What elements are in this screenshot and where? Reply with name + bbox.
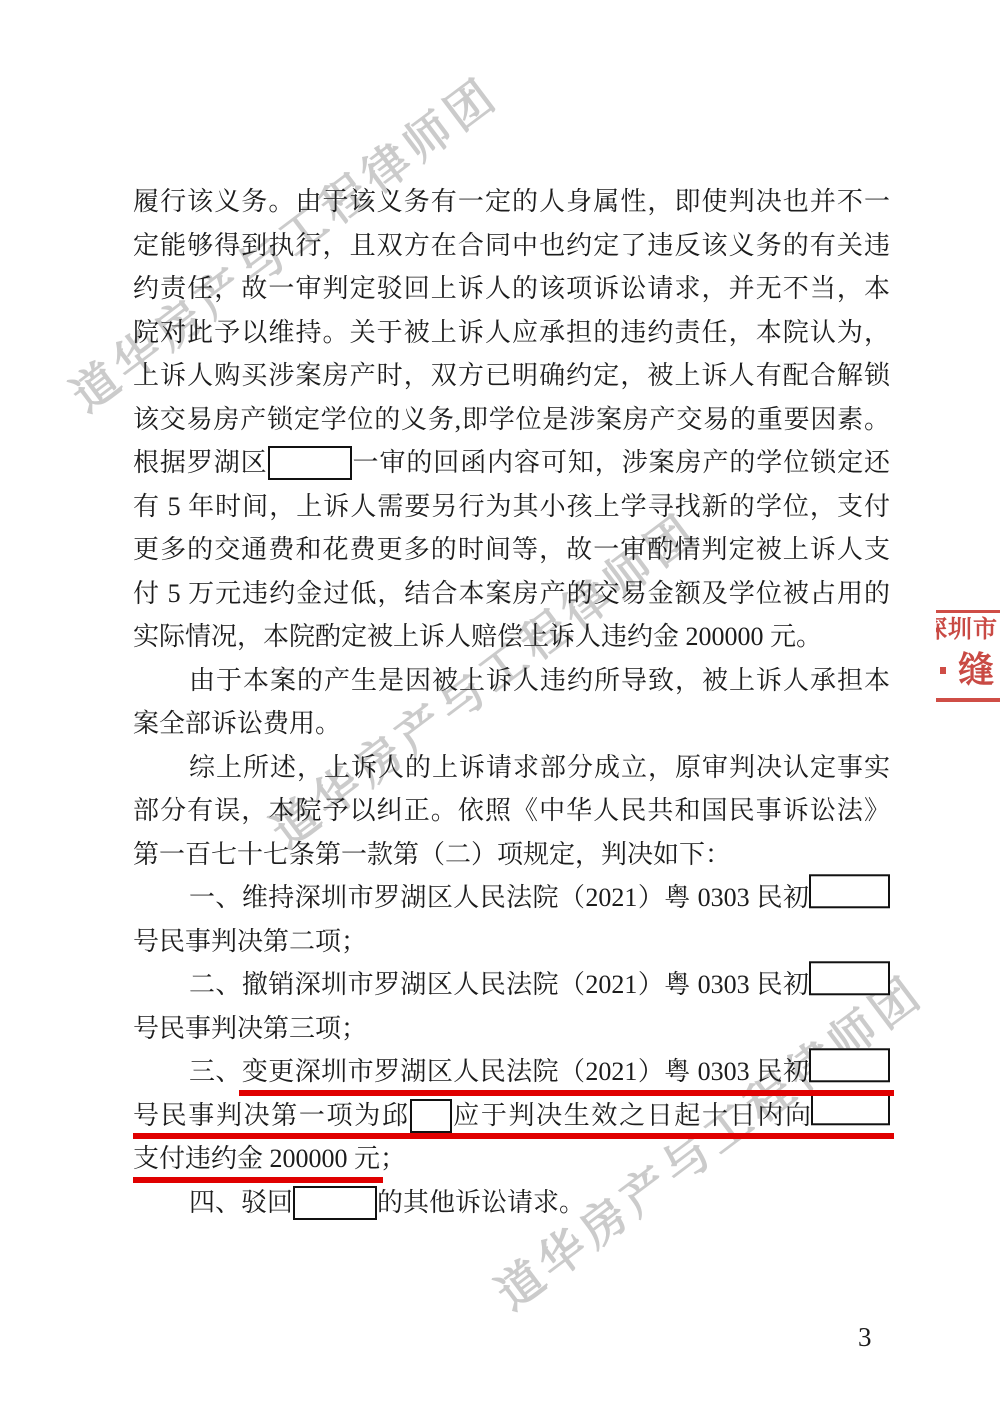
line-text: 约责任，故一审判定驳回上诉人的该项诉讼请求，并无不当，本 <box>133 274 890 303</box>
text-line: 三、变更深圳市罗湖区人民法院（2021）粤 0303 民初 <box>133 1050 890 1094</box>
text-line: 号民事判决第三项； <box>133 1007 890 1051</box>
text-line: 综上所述，上诉人的上诉请求部分成立，原审判决认定事实 <box>133 746 890 790</box>
document-body: 履行该义务。由于该义务有一定的人身属性，即使判决也并不一定能够得到执行，且双方在… <box>133 180 890 1224</box>
text-line: 二、撤销深圳市罗湖区人民法院（2021）粤 0303 民初 <box>133 963 890 1007</box>
text-line: 该交易房产锁定学位的义务,即学位是涉案房产交易的重要因素。 <box>133 398 890 442</box>
line-text: 二、撤销深圳市罗湖区人民法院（2021）粤 0303 民初 <box>189 970 809 999</box>
stamp-seam-row: 缝 <box>936 648 1000 692</box>
line-text: 号民事判决第二项； <box>133 927 367 956</box>
line-text: 三、变更深圳市罗湖区人民法院（2021）粤 0303 民初 <box>189 1057 809 1086</box>
stamp-court-name: 深圳市中级人 <box>936 615 1000 645</box>
text-line: 四、驳回的其他诉讼请求。 <box>133 1181 890 1225</box>
line-text: 应于判决生效之日起十日内向 <box>452 1101 811 1130</box>
stamp-seam-character: 缝 <box>958 648 994 692</box>
line-text: 号民事判决第一项为邱 <box>133 1101 410 1130</box>
redaction-box <box>268 446 352 480</box>
line-text: 号民事判决第三项； <box>133 1014 367 1043</box>
line-text: 根据罗湖区 <box>133 448 268 477</box>
page-number: 3 <box>858 1322 872 1353</box>
line-text: 定能够得到执行，且双方在合同中也约定了违反该义务的有关违 <box>133 231 890 260</box>
court-seam-stamp: 深圳市中级人 缝 <box>936 608 1000 704</box>
text-line: 更多的交通费和花费更多的时间等，故一审酌情判定被上诉人支 <box>133 528 890 572</box>
text-line: 有 5 年时间，上诉人需要另行为其小孩上学寻找新的学位，支付 <box>133 485 890 529</box>
line-text: 的其他诉讼请求。 <box>377 1188 585 1217</box>
stamp-bottom-border <box>936 698 1000 702</box>
line-text: 一、维持深圳市罗湖区人民法院（2021）粤 0303 民初 <box>189 883 809 912</box>
text-line: 付 5 万元违约金过低，结合本案房产的交易金额及学位被占用的 <box>133 572 890 616</box>
text-line: 由于本案的产生是因被上诉人违约所导致，被上诉人承担本 <box>133 659 890 703</box>
line-text: 第一百七十七条第一款第（二）项规定，判决如下： <box>133 840 731 869</box>
line-text: 支付违约金 200000 元； <box>133 1144 406 1173</box>
text-line: 定能够得到执行，且双方在合同中也约定了违反该义务的有关违 <box>133 224 890 268</box>
red-underline <box>133 1133 894 1139</box>
text-line: 第一百七十七条第一款第（二）项规定，判决如下： <box>133 833 890 877</box>
text-line: 约责任，故一审判定驳回上诉人的该项诉讼请求，并无不当，本 <box>133 267 890 311</box>
text-line: 一、维持深圳市罗湖区人民法院（2021）粤 0303 民初 <box>133 876 890 920</box>
line-text: 付 5 万元违约金过低，结合本案房产的交易金额及学位被占用的 <box>133 579 890 608</box>
red-underline <box>239 1090 894 1096</box>
line-text: 部分有误，本院予以纠正。依照《中华人民共和国民事诉讼法》 <box>133 796 890 825</box>
redaction-box <box>809 961 890 995</box>
text-line: 上诉人购买涉案房产时，双方已明确约定，被上诉人有配合解锁 <box>133 354 890 398</box>
line-text: 更多的交通费和花费更多的时间等，故一审酌情判定被上诉人支 <box>133 535 890 564</box>
line-text: 上诉人购买涉案房产时，双方已明确约定，被上诉人有配合解锁 <box>133 361 890 390</box>
stamp-top-border <box>936 610 1000 613</box>
line-text: 有 5 年时间，上诉人需要另行为其小孩上学寻找新的学位，支付 <box>133 492 890 521</box>
line-text: 院对此予以维持。关于被上诉人应承担的违约责任，本院认为， <box>133 318 890 347</box>
stamp-partial-glyph <box>940 667 946 674</box>
text-line: 支付违约金 200000 元； <box>133 1137 890 1181</box>
line-text: 综上所述，上诉人的上诉请求部分成立，原审判决认定事实 <box>189 753 890 782</box>
redaction-box <box>293 1186 377 1220</box>
line-text: 案全部诉讼费用。 <box>133 709 341 738</box>
text-line: 院对此予以维持。关于被上诉人应承担的违约责任，本院认为， <box>133 311 890 355</box>
text-line: 部分有误，本院予以纠正。依照《中华人民共和国民事诉讼法》 <box>133 789 890 833</box>
text-line: 根据罗湖区一审的回函内容可知，涉案房产的学位锁定还 <box>133 441 890 485</box>
text-line: 号民事判决第二项； <box>133 920 890 964</box>
redaction-box <box>410 1099 452 1133</box>
line-text: 由于本案的产生是因被上诉人违约所导致，被上诉人承担本 <box>189 666 890 695</box>
line-text: 一审的回函内容可知，涉案房产的学位锁定还 <box>352 448 890 477</box>
text-line: 号民事判决第一项为邱应于判决生效之日起十日内向 <box>133 1094 890 1138</box>
text-line: 案全部诉讼费用。 <box>133 702 890 746</box>
line-text: 该交易房产锁定学位的义务,即学位是涉案房产交易的重要因素。 <box>133 405 890 434</box>
line-text: 履行该义务。由于该义务有一定的人身属性，即使判决也并不一 <box>133 187 890 216</box>
redaction-box <box>809 874 890 908</box>
red-underline <box>133 1177 383 1183</box>
redaction-box <box>809 1048 890 1082</box>
line-text: 四、驳回 <box>189 1188 293 1217</box>
line-text: 实际情况，本院酌定被上诉人赔偿上诉人违约金 200000 元。 <box>133 622 822 651</box>
text-line: 履行该义务。由于该义务有一定的人身属性，即使判决也并不一 <box>133 180 890 224</box>
redaction-box <box>811 1092 890 1126</box>
text-line: 实际情况，本院酌定被上诉人赔偿上诉人违约金 200000 元。 <box>133 615 890 659</box>
